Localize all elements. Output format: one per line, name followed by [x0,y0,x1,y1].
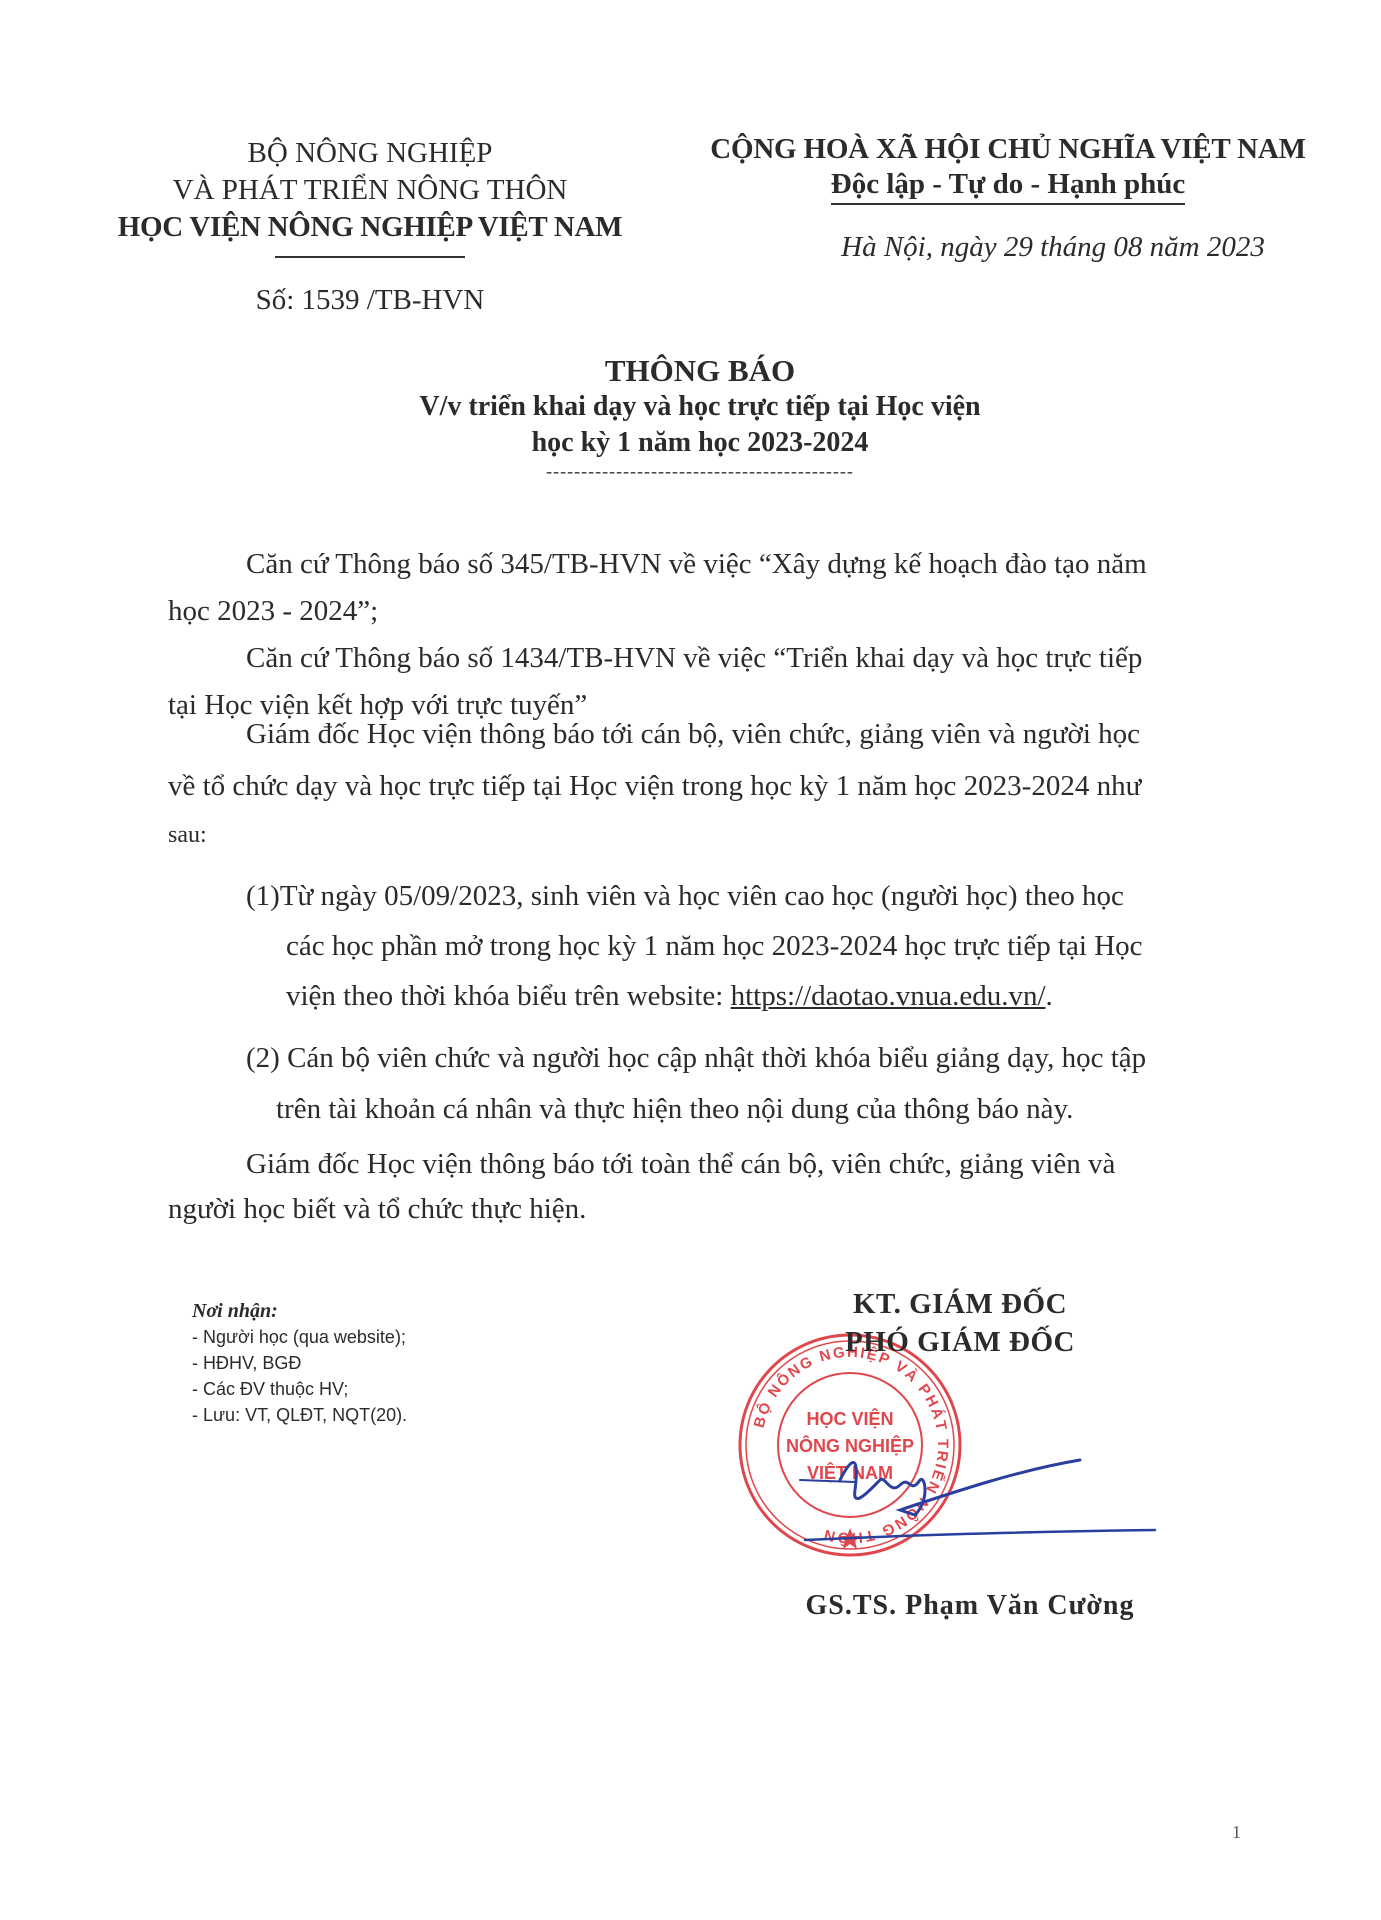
item-2-line-1: (2) Cán bộ viên chức và người học cập nh… [246,1042,1306,1075]
signer-name: GS.TS. Phạm Văn Cường [780,1590,1160,1622]
title-separator: ----------------------------------------… [300,461,1100,481]
intro-line-1: Giám đốc Học viện thông báo tới cán bộ, … [168,718,1306,751]
recipient-item: - Lưu: VT, QLĐT, NQT(20). [192,1402,407,1428]
item-1-line-3-text: viện theo thời khóa biểu trên website: [286,980,731,1012]
ministry-line-2: VÀ PHÁT TRIỂN NÔNG THÔN [80,172,660,209]
institution-name: HỌC VIỆN NÔNG NGHIỆP VIỆT NAM [80,209,660,246]
closing-line-1: Giám đốc Học viện thông báo tới toàn thể… [168,1148,1306,1181]
title-subject-2: học kỳ 1 năm học 2023-2024 [300,425,1100,461]
closing-line-2: người học biết và tổ chức thực hiện. [168,1193,1228,1226]
basis-1-line-1: Căn cứ Thông báo số 345/TB-HVN về việc “… [168,548,1306,581]
motto-text: Độc lập - Tự do - Hạnh phúc [831,168,1186,205]
header-divider [275,256,465,258]
basis-1-line-2: học 2023 - 2024”; [168,595,1228,628]
title-subject-1: V/v triển khai dạy và học trực tiếp tại … [300,389,1100,425]
website-link[interactable]: https://daotao.vnua.edu.vn/ [731,980,1046,1012]
title-heading: THÔNG BÁO [300,353,1100,389]
national-motto: Độc lập - Tự do - Hạnh phúc [668,168,1348,205]
intro-line-1-text: Giám đốc Học viện thông báo tới cán bộ, … [246,718,1140,750]
document-title: THÔNG BÁO V/v triển khai dạy và học trực… [300,353,1100,481]
recipients-block: Nơi nhận: - Người học (qua website); - H… [192,1298,407,1428]
national-title: CỘNG HOÀ XÃ HỘI CHỦ NGHĨA VIỆT NAM [668,133,1348,166]
signature-block: KT. GIÁM ĐỐC PHÓ GIÁM ĐỐC GS.TS. Phạm Vă… [760,1285,1160,1361]
document-number: Số: 1539 /TB-HVN [80,284,660,317]
issuing-authority: BỘ NÔNG NGHIỆP VÀ PHÁT TRIỂN NÔNG THÔN H… [80,135,660,317]
handwritten-signature-icon [760,1420,1160,1550]
signature-position: PHÓ GIÁM ĐỐC [760,1323,1160,1361]
intro-line-3: sau: [168,822,1228,849]
national-header: CỘNG HOÀ XÃ HỘI CHỦ NGHĨA VIỆT NAM Độc l… [668,133,1348,264]
page-number: 1 [1232,1822,1241,1843]
item-2-line-2: trên tài khoản cá nhân và thực hiện theo… [276,1093,1336,1126]
item-1-line-2: các học phần mở trong học kỳ 1 năm học 2… [286,930,1346,963]
place-date: Hà Nội, ngày 29 tháng 08 năm 2023 [668,231,1348,264]
recipients-heading: Nơi nhận: [192,1298,407,1324]
ministry-line-1: BỘ NÔNG NGHIỆP [80,135,660,172]
item-1-period: . [1046,980,1053,1012]
signature-on-behalf: KT. GIÁM ĐỐC [760,1285,1160,1323]
recipient-item: - Các ĐV thuộc HV; [192,1376,407,1402]
recipient-item: - HĐHV, BGĐ [192,1350,407,1376]
basis-2-line-1: Căn cứ Thông báo số 1434/TB-HVN về việc … [168,642,1306,675]
intro-line-2: về tổ chức dạy và học trực tiếp tại Học … [168,770,1228,803]
item-1-line-1: (1)Từ ngày 05/09/2023, sinh viên và học … [246,880,1306,913]
recipient-item: - Người học (qua website); [192,1324,407,1350]
item-1-line-3: viện theo thời khóa biểu trên website: h… [286,980,1346,1013]
